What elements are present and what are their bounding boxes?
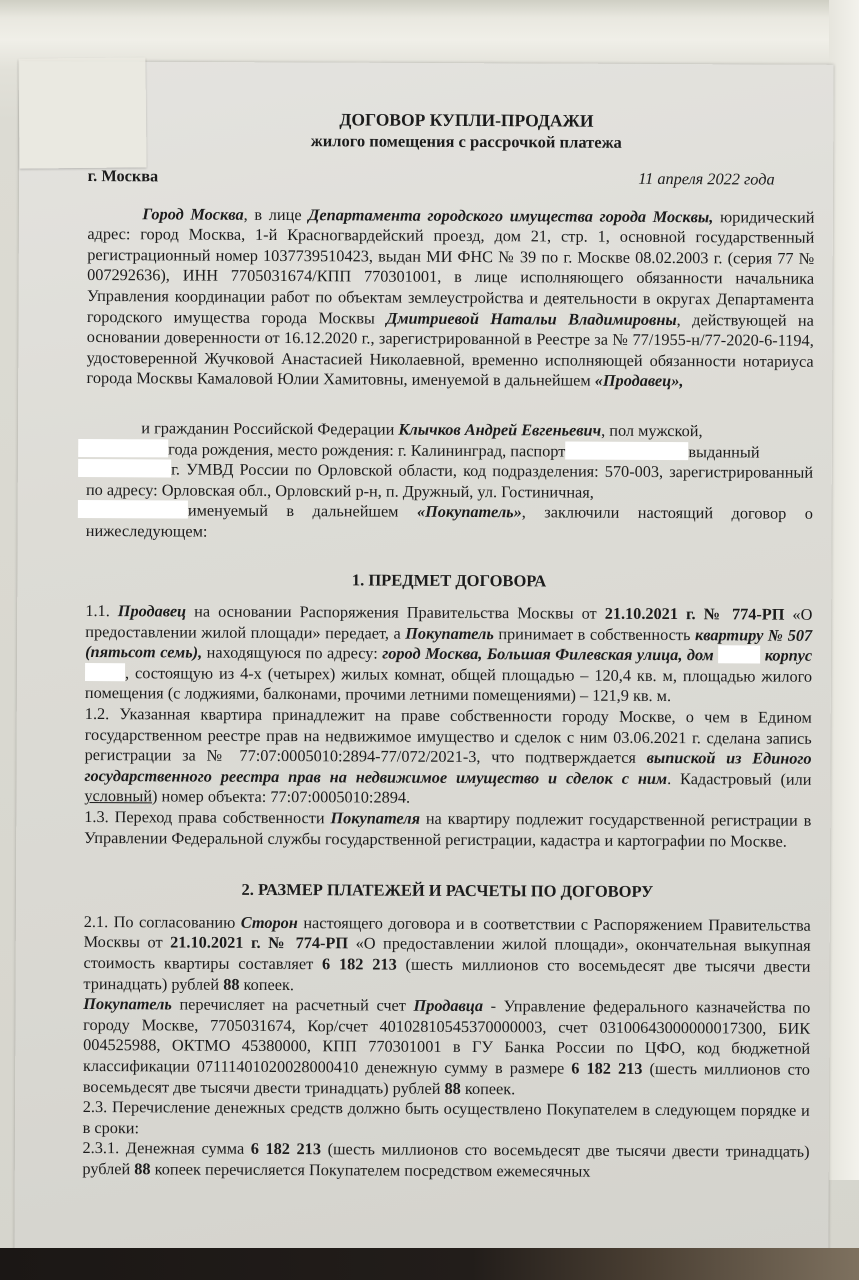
redacted-house xyxy=(718,646,760,664)
emphasized-term: Город Москва xyxy=(142,204,243,224)
buyer-gender: , пол мужской, xyxy=(601,421,703,441)
clause-text: . Кадастровый (или xyxy=(667,769,811,789)
emphasized-term: Департамента городского имущества города… xyxy=(308,205,713,226)
installment-amount: 6 182 213 xyxy=(251,1139,321,1158)
redacted-passport-number xyxy=(565,441,688,460)
emphasized-term: «Продавец», xyxy=(595,371,684,390)
redacted-passport-date xyxy=(78,459,171,477)
order-reference: 21.10.2021 г. № 774-РП xyxy=(170,933,348,953)
clause-2-3: 2.3. Перечисление денежных средств должн… xyxy=(83,1097,810,1142)
buyer-passport-issued: выданный xyxy=(688,442,759,461)
buyer-registration-text: г. УМВД России по Орловской области, код… xyxy=(86,460,813,502)
document-subtitle: жилого помещения с рассрочкой платежа xyxy=(118,130,815,154)
buyer-role-intro: именуемый в дальнейшем xyxy=(188,501,417,521)
clause-text: 2.3.1. Денежная сумма xyxy=(83,1138,251,1158)
clause-text: копеек. xyxy=(239,974,294,993)
underlined-term: условный xyxy=(84,786,152,805)
cadastral-number: ) номер объекта: 77:07:0005010:2894. xyxy=(152,787,410,807)
clause-1-3: 1.3. Переход права собственности Покупат… xyxy=(84,807,811,852)
buyer-term: Покупатель xyxy=(405,623,494,642)
payment-amount: 6 182 213 xyxy=(571,1059,642,1078)
redacted-building xyxy=(85,663,125,681)
redacted-house-number xyxy=(78,500,188,519)
buyer-intro: и гражданин Российской Федерации xyxy=(141,418,398,438)
apartment-address: город Москва, Большая Филевская улица, д… xyxy=(382,644,714,665)
emphasized-term: Дмитриевой Натальи Владимировны xyxy=(386,308,677,329)
redacted-birth-date xyxy=(78,438,168,456)
price-amount: 6 182 213 xyxy=(322,954,397,973)
paragraph-text: , в лице xyxy=(244,204,309,223)
clause-text: , состоящую из 4-х (четырех) жилых комна… xyxy=(85,663,812,705)
contract-place: г. Москва xyxy=(88,166,159,187)
clause-1-1: 1.1. Продавец на основании Распоряжения … xyxy=(85,601,813,708)
clause-text: принимает в собственность xyxy=(494,624,695,644)
seller-term: Продавец xyxy=(118,601,186,620)
price-kopecks: 88 xyxy=(223,974,239,993)
installment-kopecks: 88 xyxy=(134,1159,150,1178)
clause-text: копеек перечисляется Покупателем посредс… xyxy=(151,1159,591,1180)
clause-text: на основании Распоряжения Правительства … xyxy=(186,602,605,623)
payment-details: Покупатель перечисляет на расчетный счет… xyxy=(83,994,811,1101)
clause-number: 1.1. xyxy=(85,601,118,620)
clause-2-1: 2.1. По согласованию Сторон настоящего д… xyxy=(83,912,810,998)
background-surface-right xyxy=(829,0,859,1180)
order-reference: 21.10.2021 г. № 774-РП xyxy=(605,604,785,624)
section-1-heading: 1. ПРЕДМЕТ ДОГОВОРА xyxy=(85,568,812,592)
clause-text: копеек. xyxy=(461,1079,516,1098)
clause-text: перечисляет на расчетный счет xyxy=(172,995,414,1015)
contract-text: ДОГОВОР КУПЛИ-ПРОДАЖИ жилого помещения с… xyxy=(82,108,815,1183)
clause-text: 2.1. По согласованию xyxy=(84,912,241,932)
seller-term: Продавца xyxy=(414,996,484,1015)
buyer-name: Клычков Андрей Евгеньевич xyxy=(398,420,601,440)
clause-text: 1.3. Переход права собственности xyxy=(84,807,330,827)
building-label: корпус xyxy=(765,646,813,665)
seller-party-paragraph: Город Москва, в лице Департамента городс… xyxy=(87,204,815,393)
section-2-heading: 2. РАЗМЕР ПЛАТЕЖЕЙ И РАСЧЕТЫ ПО ДОГОВОРУ xyxy=(84,879,811,903)
buyer-term: Покупателя xyxy=(330,808,420,827)
contract-date: 11 апреля 2022 года xyxy=(638,169,775,190)
buyer-birth-text: года рождения, место рождения: г. Калини… xyxy=(168,439,565,460)
document-title: ДОГОВОР КУПЛИ-ПРОДАЖИ xyxy=(118,108,815,132)
clause-1-2: 1.2. Указанная квартира принадлежит на п… xyxy=(84,704,812,811)
clause-2-3-1: 2.3.1. Денежная сумма 6 182 213 (шесть м… xyxy=(82,1138,809,1183)
buyer-role: «Покупатель» xyxy=(417,502,522,522)
buyer-passport-line: г. УМВД России по Орловской области, код… xyxy=(86,459,813,504)
buyer-term: Покупатель xyxy=(83,994,172,1013)
payment-kopecks: 88 xyxy=(444,1078,460,1097)
buyer-role-line: именуемый в дальнейшем «Покупатель», зак… xyxy=(86,500,813,545)
place-date-row: г. Москва 11 апреля 2022 года xyxy=(88,166,815,190)
clause-text: находящуюся по адресу: xyxy=(202,643,382,663)
background-surface-bottom xyxy=(0,1248,859,1280)
parties-term: Сторон xyxy=(241,913,298,932)
